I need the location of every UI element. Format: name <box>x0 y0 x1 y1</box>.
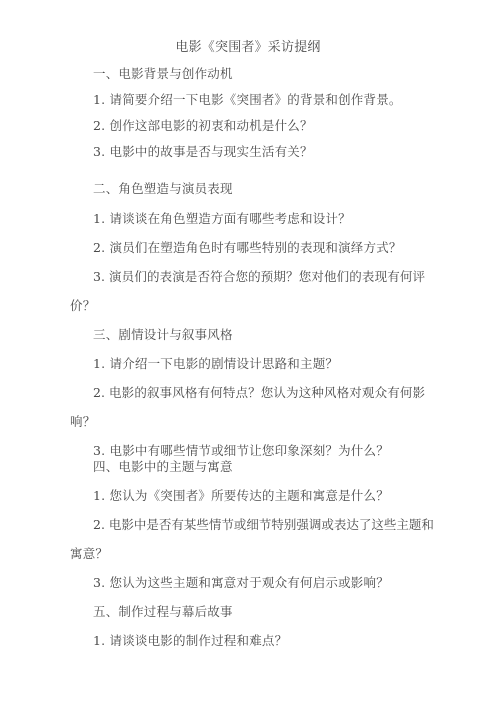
question-item: 1. 请谈谈电影的制作过程和难点？ <box>93 633 287 649</box>
question-item-continuation: 响？ <box>70 414 95 430</box>
question-item: 2. 创作这部电影的初衷和动机是什么？ <box>93 118 313 134</box>
section-heading: 一、电影背景与创作动机 <box>93 66 233 82</box>
question-item: 1. 请介绍一下电影的剧情设计思路和主题？ <box>93 356 338 372</box>
section-heading: 二、角色塑造与演员表现 <box>93 181 233 197</box>
question-item: 3. 电影中有哪些情节或细节让您印象深刻？为什么？ <box>93 443 389 459</box>
section-heading: 五、制作过程与幕后故事 <box>93 604 233 620</box>
question-item: 1. 您认为《突围者》所要传达的主题和寓意是什么？ <box>93 488 389 504</box>
section-heading: 四、电影中的主题与寓意 <box>93 459 233 475</box>
question-item-continuation: 寓意？ <box>70 546 108 562</box>
document-title: 电影《突围者》采访提纲 <box>0 40 496 56</box>
question-item: 3. 电影中的故事是否与现实生活有关？ <box>93 144 313 160</box>
document-page: 电影《突围者》采访提纲 一、电影背景与创作动机 1. 请简要介绍一下电影《突围者… <box>0 0 496 702</box>
question-item: 1. 请谈谈在角色塑造方面有哪些考虑和设计？ <box>93 211 351 227</box>
question-item: 2. 电影的叙事风格有何特点？您认为这种风格对观众有何影 <box>93 385 425 401</box>
section-heading: 三、剧情设计与叙事风格 <box>93 327 233 343</box>
question-item: 2. 电影中是否有某些情节或细节特别强调或表达了这些主题和 <box>93 517 425 533</box>
question-item: 1. 请简要介绍一下电影《突围者》的背景和创作背景。 <box>93 92 402 108</box>
question-item: 3. 您认为这些主题和寓意对于观众有何启示或影响？ <box>93 575 389 591</box>
question-item-continuation: 价？ <box>70 298 95 314</box>
question-item: 3. 演员们的表演是否符合您的预期？您对他们的表现有何评 <box>93 269 425 285</box>
question-item: 2. 演员们在塑造角色时有哪些特别的表现和演绎方式？ <box>93 240 402 256</box>
